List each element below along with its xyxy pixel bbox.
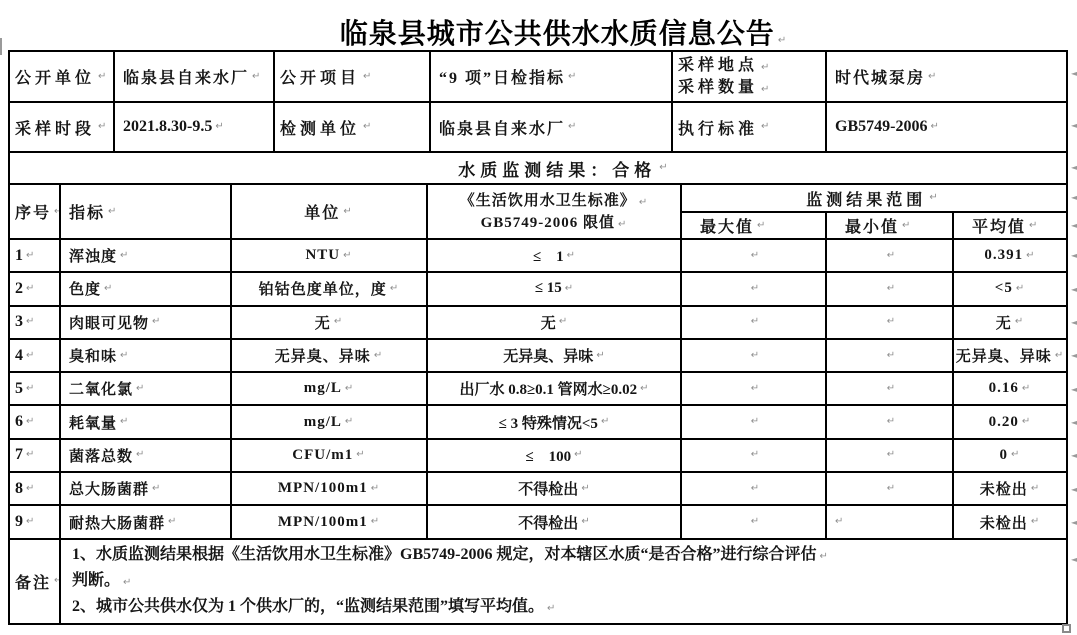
pilcrow-mark: ↵ [761, 62, 773, 73]
pilcrow-mark: ↵ [751, 251, 759, 261]
row-end-mark: ◄ [1071, 319, 1077, 327]
pilcrow-mark: ↵ [26, 517, 34, 527]
pilcrow-mark: ↵ [120, 351, 129, 361]
pilcrow-mark: ↵ [1015, 317, 1024, 327]
pilcrow-mark: ↵ [639, 197, 648, 208]
pilcrow-mark: ↵ [751, 517, 759, 527]
limit-cell: ≤ 3 特殊情况<5↵ [428, 406, 682, 439]
limit-cell: 不得检出↵ [428, 506, 682, 539]
indicator-cell: 色度↵ [61, 273, 232, 306]
seq-cell: 2↵ [10, 273, 61, 306]
pilcrow-mark: ↵ [136, 384, 145, 394]
standard-value: GB5749-2006↵ [827, 103, 1066, 153]
seq-cell: 3↵ [10, 307, 61, 340]
open-unit-value: 临泉县自来水厂↵ [115, 52, 275, 103]
pilcrow-mark: ↵ [751, 384, 759, 394]
pilcrow-mark: ↵ [751, 317, 759, 327]
indicator-cell: 臭和味↵ [61, 340, 232, 373]
row-end-mark: ◄ [1071, 352, 1077, 360]
unit-cell: mg/L↵ [232, 406, 428, 439]
pilcrow-mark: ↵ [887, 317, 895, 327]
result-status-row: 水质监测结果：合格↵ [10, 153, 1066, 185]
pilcrow-mark: ↵ [26, 384, 34, 394]
limit-cell: ≤ 100↵ [428, 440, 682, 473]
pilcrow-mark: ↵ [581, 484, 589, 494]
pilcrow-mark: ↵ [574, 450, 582, 460]
test-unit-value: 临泉县自来水厂↵ [431, 103, 673, 153]
pilcrow-mark: ↵ [618, 219, 627, 230]
sample-site-label-line1: 采样地点↵ [678, 55, 773, 77]
row-end-mark: ◄ [1071, 164, 1077, 172]
notes-label: 备注↵ [10, 540, 61, 623]
row-end-mark: ◄ [1071, 419, 1077, 427]
min-value-cell: ↵ [827, 240, 954, 273]
min-value-cell: ↵ [827, 440, 954, 473]
seq-cell: 6↵ [10, 406, 61, 439]
avg-value-cell: 无异臭、异味↵ [954, 340, 1066, 373]
indicator-cell: 总大肠菌群↵ [61, 473, 232, 506]
result-status-text: 水质监测结果：合格 [458, 156, 656, 181]
pilcrow-mark: ↵ [567, 251, 575, 261]
pilcrow-mark: ↵ [819, 551, 827, 562]
pilcrow-mark: ↵ [26, 484, 34, 494]
seq-cell: 9↵ [10, 506, 61, 539]
limit-cell: ≤ 15↵ [428, 273, 682, 306]
pilcrow-mark: ↵ [1031, 484, 1040, 494]
pilcrow-mark: ↵ [152, 484, 161, 494]
limit-cell: 无异臭、异味↵ [428, 340, 682, 373]
min-value-cell: ↵ [827, 340, 954, 373]
pilcrow-mark: ↵ [1011, 450, 1020, 460]
pilcrow-mark: ↵ [345, 384, 354, 394]
pilcrow-mark: ↵ [761, 84, 773, 95]
row-end-mark: ◄ [1071, 252, 1077, 260]
col-header-range-group: 监测结果范围↵ [682, 185, 1066, 213]
pilcrow-mark: ↵ [751, 351, 759, 361]
pilcrow-mark: ↵ [26, 351, 34, 361]
seq-cell: 1↵ [10, 240, 61, 273]
sample-site-label: 采样地点↵ 采样数量↵ [673, 52, 827, 103]
pilcrow-mark: ↵ [902, 221, 912, 231]
notes-paragraph-2: 判断。↵ [72, 568, 131, 594]
pilcrow-mark: ↵ [26, 284, 34, 294]
pilcrow-mark: ↵ [887, 284, 895, 294]
row-end-mark: ◄ [1071, 70, 1077, 78]
pilcrow-mark: ↵ [929, 193, 941, 203]
pilcrow-mark: ↵ [928, 72, 938, 82]
pilcrow-mark: ↵ [930, 122, 938, 132]
unit-cell: CFU/m1↵ [232, 440, 428, 473]
pilcrow-mark: ↵ [390, 284, 399, 294]
avg-value-cell: 未检出↵ [954, 473, 1066, 506]
pilcrow-mark: ↵ [1022, 417, 1031, 427]
min-value-cell: ↵ [827, 307, 954, 340]
limit-cell: 出厂水 0.8≥0.1 管网水≥0.02↵ [428, 373, 682, 406]
col-header-min: 最小值↵ [827, 213, 954, 240]
pilcrow-mark: ↵ [568, 72, 578, 82]
unit-cell: MPN/100m1↵ [232, 473, 428, 506]
info-section: 公开单位↵ 临泉县自来水厂↵ 公开项目↵ “9 项”日检指标↵ 采样地点↵ 采样… [10, 52, 1066, 153]
indicator-cell: 浑浊度↵ [61, 240, 232, 273]
col-header-limit: 《生活饮用水卫生标准》↵ GB5749-2006 限值↵ [428, 185, 682, 240]
min-value-cell: ↵ [827, 473, 954, 506]
max-value-cell: ↵ [682, 240, 827, 273]
table-resize-handle[interactable] [1062, 624, 1071, 633]
pilcrow-mark: ↵ [1016, 284, 1025, 294]
pilcrow-mark: ↵ [152, 317, 161, 327]
pilcrow-mark: ↵ [343, 251, 352, 261]
avg-value-cell: 未检出↵ [954, 506, 1066, 539]
row-end-mark: ◄ [1071, 194, 1077, 202]
pilcrow-mark: ↵ [1055, 351, 1064, 361]
row-end-mark: ◄ [1071, 519, 1077, 527]
pilcrow-mark: ↵ [835, 517, 843, 527]
pilcrow-mark: ↵ [1026, 251, 1035, 261]
pilcrow-mark: ↵ [54, 207, 61, 217]
indicator-cell: 二氧化氯↵ [61, 373, 232, 406]
pilcrow-mark: ↵ [1031, 517, 1040, 527]
min-value-cell: ↵ [827, 406, 954, 439]
col-header-indicator: 指标↵ [61, 185, 232, 240]
pilcrow-mark: ↵ [751, 417, 759, 427]
seq-cell: 4↵ [10, 340, 61, 373]
pilcrow-mark: ↵ [54, 576, 61, 586]
pilcrow-mark: ↵ [356, 450, 365, 460]
sample-period-label: 采样时段↵ [10, 103, 115, 153]
min-value-cell: ↵ [827, 506, 954, 539]
pilcrow-mark: ↵ [887, 417, 895, 427]
pilcrow-mark: ↵ [168, 517, 177, 527]
pilcrow-mark: ↵ [120, 417, 129, 427]
min-value-cell: ↵ [827, 273, 954, 306]
pilcrow-mark: ↵ [1029, 221, 1039, 231]
avg-value-cell: 无↵ [954, 307, 1066, 340]
pilcrow-mark: ↵ [757, 221, 767, 231]
unit-cell: 铂钴色度单位，度↵ [232, 273, 428, 306]
seq-cell: 8↵ [10, 473, 61, 506]
sample-period-value: 2021.8.30-9.5↵ [115, 103, 275, 153]
pilcrow-mark: ↵ [345, 417, 354, 427]
pilcrow-mark: ↵ [26, 417, 34, 427]
notes-body: 1、水质监测结果根据《生活饮用水卫生标准》GB5749-2006 规定，对本辖区… [61, 540, 1066, 623]
unit-cell: 无↵ [232, 307, 428, 340]
pilcrow-mark: ↵ [640, 384, 648, 394]
test-unit-label: 检测单位↵ [275, 103, 431, 153]
pilcrow-mark: ↵ [26, 251, 34, 261]
limit-cell: 无↵ [428, 307, 682, 340]
unit-cell: NTU↵ [232, 240, 428, 273]
pilcrow-mark: ↵ [778, 35, 787, 46]
pilcrow-mark: ↵ [581, 517, 589, 527]
pilcrow-mark: ↵ [887, 351, 895, 361]
pilcrow-mark: ↵ [123, 577, 131, 588]
pilcrow-mark: ↵ [559, 317, 567, 327]
pilcrow-mark: ↵ [252, 72, 262, 82]
standard-label: 执行标准↵ [673, 103, 827, 153]
pilcrow-mark: ↵ [1022, 384, 1031, 394]
row-end-mark: ◄ [1071, 386, 1077, 394]
pilcrow-mark: ↵ [887, 251, 895, 261]
seq-cell: 7↵ [10, 440, 61, 473]
open-item-value: “9 项”日检指标↵ [431, 52, 673, 103]
col-header-avg: 平均值↵ [954, 213, 1066, 240]
limit-cell: 不得检出↵ [428, 473, 682, 506]
max-value-cell: ↵ [682, 340, 827, 373]
unit-cell: mg/L↵ [232, 373, 428, 406]
pilcrow-mark: ↵ [26, 450, 34, 460]
row-end-mark: ◄ [1071, 452, 1077, 460]
notes-paragraph-1: 1、水质监测结果根据《生活饮用水卫生标准》GB5749-2006 规定，对本辖区… [72, 542, 828, 568]
open-item-label: 公开项目↵ [275, 52, 431, 103]
pilcrow-mark: ↵ [98, 72, 110, 82]
pilcrow-mark: ↵ [751, 284, 759, 294]
max-value-cell: ↵ [682, 406, 827, 439]
indicator-cell: 耗氧量↵ [61, 406, 232, 439]
pilcrow-mark: ↵ [887, 484, 895, 494]
pilcrow-mark: ↵ [374, 351, 383, 361]
indicator-cell: 耐热大肠菌群↵ [61, 506, 232, 539]
avg-value-cell: 0↵ [954, 440, 1066, 473]
unit-cell: 无异臭、异味↵ [232, 340, 428, 373]
pilcrow-mark: ↵ [120, 251, 129, 261]
sample-site-label-line2: 采样数量↵ [678, 77, 773, 99]
pilcrow-mark: ↵ [565, 284, 573, 294]
pilcrow-mark: ↵ [334, 317, 343, 327]
limit-header-line2: GB5749-2006 限值↵ [481, 212, 628, 234]
pilcrow-mark: ↵ [596, 351, 604, 361]
pilcrow-mark: ↵ [98, 122, 110, 132]
seq-cell: 5↵ [10, 373, 61, 406]
pilcrow-mark: ↵ [363, 122, 375, 132]
result-table: 序号↵ 指标↵ 单位↵ 《生活饮用水卫生标准》↵ GB5749-2006 限值↵… [10, 185, 1066, 623]
open-unit-label: 公开单位↵ [10, 52, 115, 103]
avg-value-cell: 0.16↵ [954, 373, 1066, 406]
avg-value-cell: 0.20↵ [954, 406, 1066, 439]
col-header-max: 最大值↵ [682, 213, 827, 240]
indicator-cell: 肉眼可见物↵ [61, 307, 232, 340]
pilcrow-mark: ↵ [363, 72, 375, 82]
limit-cell: ≤ 1↵ [428, 240, 682, 273]
page-title-text: 临泉县城市公共供水水质信息公告 [340, 18, 775, 49]
pilcrow-mark: ↵ [601, 417, 609, 427]
notes-paragraph-3: 2、城市公共供水仅为 1 个供水厂的，“监测结果范围”填写平均值。↵ [72, 594, 555, 620]
max-value-cell: ↵ [682, 440, 827, 473]
max-value-cell: ↵ [682, 506, 827, 539]
pilcrow-mark: ↵ [136, 450, 145, 460]
row-end-mark: ◄ [1071, 486, 1077, 494]
pilcrow-mark: ↵ [26, 317, 34, 327]
pilcrow-mark: ↵ [215, 122, 223, 132]
sample-site-value: 时代城泵房↵ [827, 52, 1066, 103]
pilcrow-mark: ↵ [108, 207, 118, 217]
row-end-mark: ◄ [1071, 222, 1077, 230]
pilcrow-mark: ↵ [371, 484, 380, 494]
indicator-cell: 菌落总数↵ [61, 440, 232, 473]
water-quality-table: 公开单位↵ 临泉县自来水厂↵ 公开项目↵ “9 项”日检指标↵ 采样地点↵ 采样… [8, 50, 1068, 625]
avg-value-cell: <5↵ [954, 273, 1066, 306]
avg-value-cell: 0.391↵ [954, 240, 1066, 273]
pilcrow-mark: ↵ [568, 122, 578, 132]
pilcrow-mark: ↵ [547, 603, 555, 614]
pilcrow-mark: ↵ [659, 163, 672, 173]
row-end-mark: ◄ [1071, 286, 1077, 294]
max-value-cell: ↵ [682, 307, 827, 340]
row-end-mark: ◄ [1071, 556, 1077, 564]
page-title: 临泉县城市公共供水水质信息公告↵ [0, 12, 1077, 52]
row-end-mark: ◄ [1071, 122, 1077, 130]
col-header-unit: 单位↵ [232, 185, 428, 240]
pilcrow-mark: ↵ [751, 484, 759, 494]
pilcrow-mark: ↵ [104, 284, 113, 294]
unit-cell: MPN/100m1↵ [232, 506, 428, 539]
pilcrow-mark: ↵ [887, 384, 895, 394]
max-value-cell: ↵ [682, 473, 827, 506]
pilcrow-mark: ↵ [761, 122, 773, 132]
min-value-cell: ↵ [827, 373, 954, 406]
pilcrow-mark: ↵ [751, 450, 759, 460]
pilcrow-mark: ↵ [887, 450, 895, 460]
max-value-cell: ↵ [682, 273, 827, 306]
limit-header-line1: 《生活饮用水卫生标准》↵ [460, 190, 648, 212]
col-header-seq: 序号↵ [10, 185, 61, 240]
pilcrow-mark: ↵ [371, 517, 380, 527]
max-value-cell: ↵ [682, 373, 827, 406]
pilcrow-mark: ↵ [343, 207, 353, 217]
